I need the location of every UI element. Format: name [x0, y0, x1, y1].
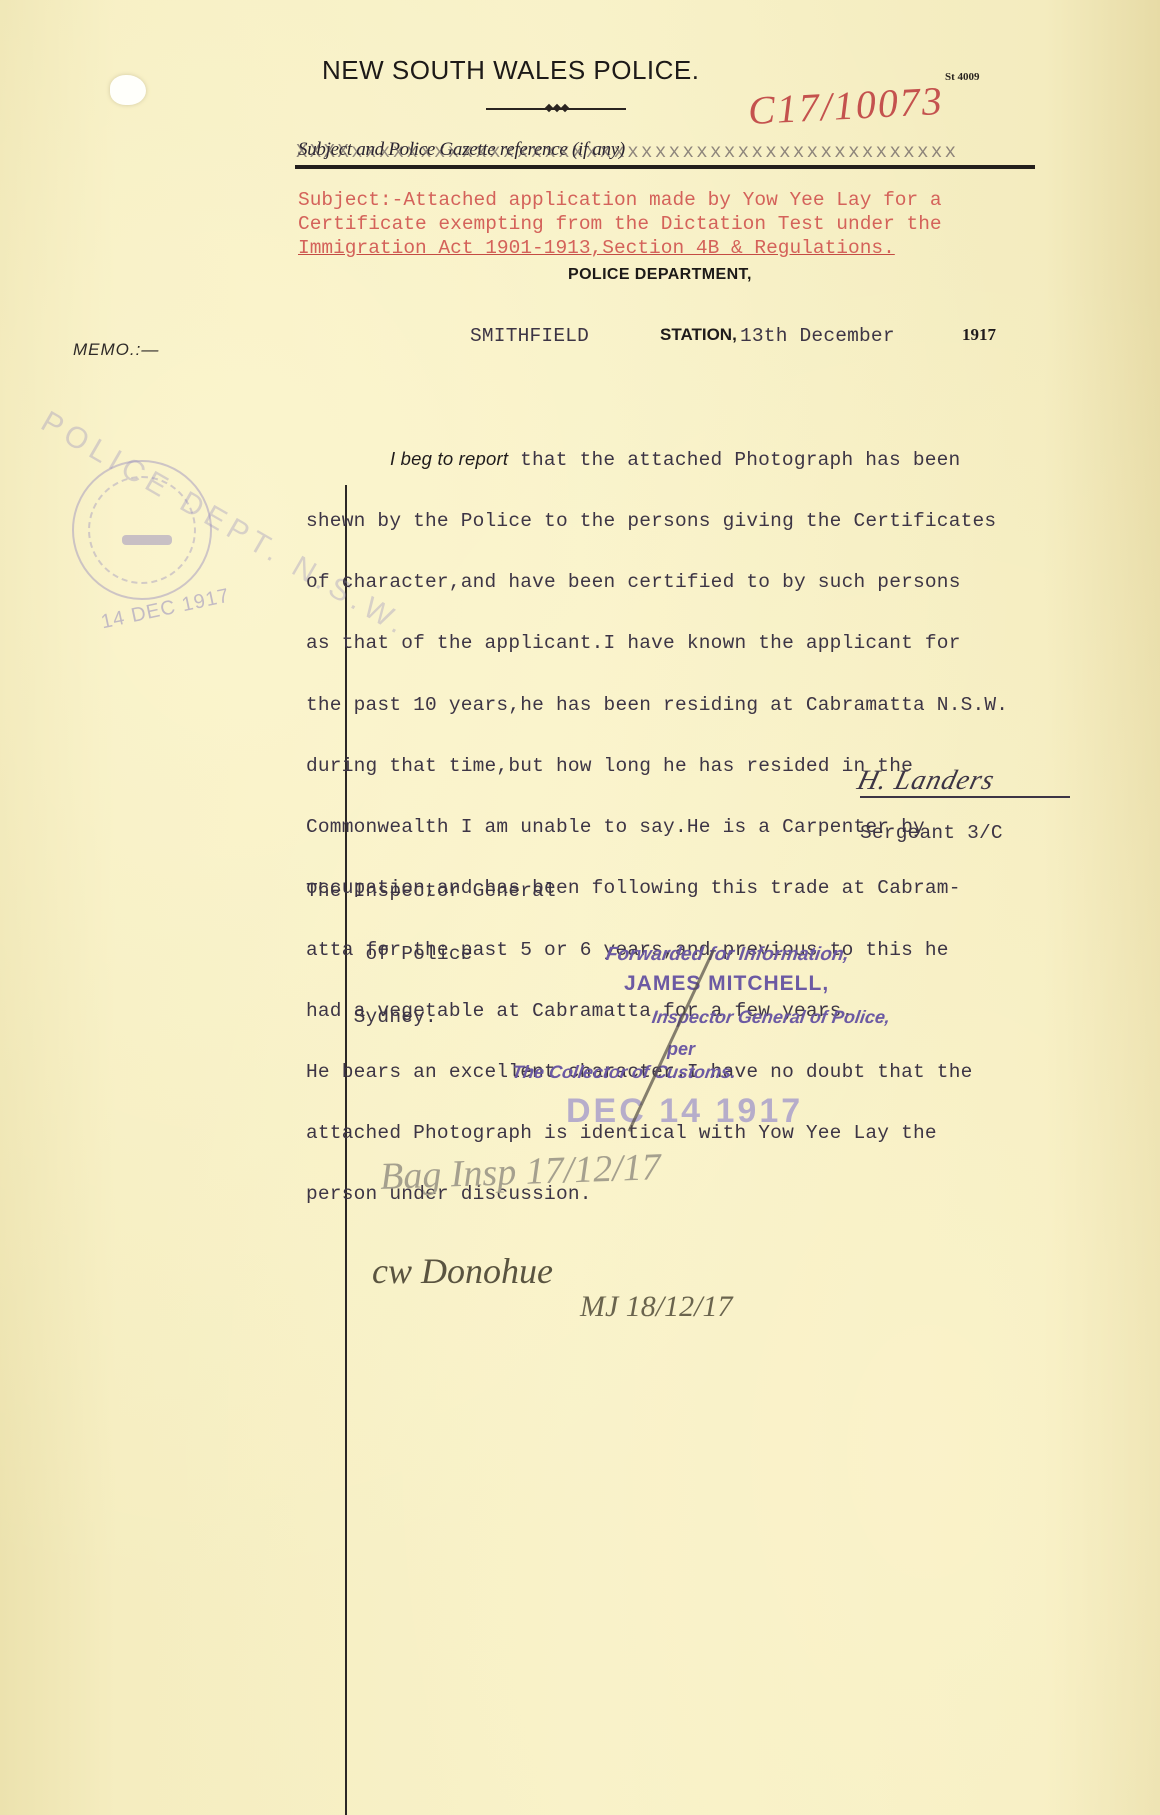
station-label: STATION, [660, 325, 737, 345]
header-rule [295, 165, 1035, 169]
punch-hole [110, 75, 146, 105]
subject-line-3: Immigration Act 1901-1913,Section 4B & R… [298, 236, 1078, 260]
addressee-line-3: Sydney. [306, 1007, 556, 1028]
department-heading: POLICE DEPARTMENT, [568, 266, 752, 284]
document-page: NEW SOUTH WALES POLICE. St 4009 C17/1007… [0, 0, 1160, 1815]
report-line: the past 10 years,he has been residing a… [306, 695, 1126, 715]
report-line: as that of the applicant.I have known th… [306, 633, 1126, 653]
handwritten-note-2: cw Donohue [372, 1250, 553, 1292]
letterhead-title: NEW SOUTH WALES POLICE. [322, 55, 699, 86]
station-year: 1917 [962, 325, 996, 345]
subject-line-1: Subject:-Attached application made by Yo… [298, 188, 1078, 212]
signatory-rank: Sergeant 3/C [860, 822, 1003, 844]
struck-overtype: XXXXxxxxxxxxxxxxxxxxxxxxxxxxxxxxxxxxxxxx… [296, 141, 959, 163]
addressee-line-1: The Inspector General [306, 881, 556, 902]
report-line: of character,and have been certified to … [306, 572, 1126, 592]
forward-stamp-name: JAMES MITCHELL, [624, 972, 829, 996]
signature: H. Landers [854, 765, 998, 797]
station-name: SMITHFIELD [470, 325, 589, 347]
report-line: that the attached Photograph has been [508, 449, 960, 471]
station-date: 13th December [740, 325, 895, 347]
form-code: St 4009 [945, 71, 980, 83]
report-line: Commonwealth I am unable to say.He is a … [306, 817, 1126, 837]
ornament-rule [486, 108, 626, 110]
report-line: shewn by the Police to the persons givin… [306, 511, 1126, 531]
seal-emblem [122, 535, 172, 545]
report-line: during that time,but how long he has res… [306, 756, 1126, 776]
report-opening: I beg to report [390, 448, 508, 469]
subject-line-2: Certificate exempting from the Dictation… [298, 212, 1078, 236]
forward-stamp-line-1: Forwarded for Information, [604, 944, 850, 966]
addressee-line-2: of Police [306, 944, 556, 965]
signature-underline [860, 796, 1070, 798]
handwritten-note-3: MJ 18/12/17 [580, 1290, 732, 1324]
subject-block: Subject:-Attached application made by Yo… [298, 188, 1078, 260]
memo-label: MEMO.:— [73, 340, 159, 360]
date-stamp: DEC 14 1917 [566, 1092, 803, 1131]
file-reference: C17/10073 [747, 77, 945, 134]
addressee-block: The Inspector General of Police Sydney. [306, 839, 556, 1070]
forward-stamp-recipient: The Collector of Customs. [511, 1062, 738, 1083]
